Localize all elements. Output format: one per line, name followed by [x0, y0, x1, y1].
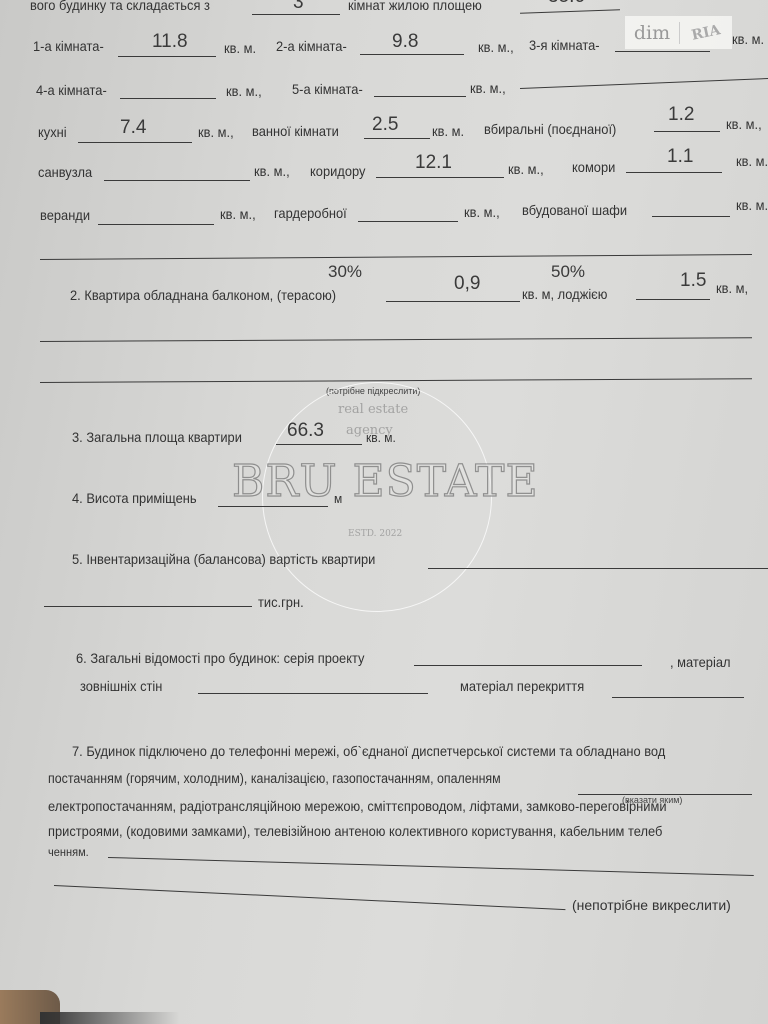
living-area-label: кімнат жилою площею	[348, 0, 482, 13]
kitchen-label: кухні	[38, 124, 67, 140]
watermark-established: ESTD. 2022	[348, 529, 402, 539]
watermark-tagline-top: real estate	[338, 402, 408, 417]
document-page: вого будинку та складається з 3 кімнат ж…	[0, 0, 768, 1024]
room4-label: 4-а кімната-	[36, 82, 107, 98]
total-area-value: 66.3	[287, 420, 324, 442]
storage-unit: кв. м.	[736, 153, 768, 169]
section7-line3: електропостачанням, радіотрансляційною м…	[48, 798, 667, 814]
wc-label: санвузла	[38, 164, 92, 180]
builtin-line	[652, 216, 730, 217]
wc-unit: кв. м.,	[254, 163, 290, 179]
storage-line	[626, 172, 722, 173]
room4-unit: кв. м.,	[226, 83, 262, 99]
wc-line	[104, 180, 250, 181]
room5-unit: кв. м.,	[470, 80, 506, 96]
section4-label: 4. Висота приміщень	[72, 490, 197, 506]
toilet-value: 1.2	[668, 104, 694, 126]
room1-unit: кв. м.	[224, 40, 256, 56]
corridor-unit: кв. м.,	[508, 161, 544, 177]
section7-line-b	[54, 885, 565, 910]
room2-label: 2-а кімната-	[276, 38, 347, 54]
toilet-unit: кв. м.,	[726, 116, 762, 132]
toilet-label: вбиральні (поєднаної)	[484, 121, 616, 137]
living-area-line	[520, 9, 620, 13]
bottom-shadow	[40, 1012, 180, 1024]
section7-line5: ченням.	[48, 845, 89, 859]
balcony-value: 0,9	[454, 273, 480, 295]
balcony-coefficient: 30%	[328, 262, 362, 282]
value-line	[428, 568, 768, 569]
floors-label: матеріал перекриття	[460, 678, 584, 694]
height-line	[218, 506, 328, 507]
room3-line	[615, 51, 710, 52]
section7-note: (непотрібне викреслити)	[572, 897, 731, 913]
room5-label: 5-а кімната-	[292, 81, 363, 97]
section6-label: 6. Загальні відомості про будинок: серія…	[76, 650, 364, 666]
dim-ria-logo: dim RIA	[625, 16, 732, 49]
room2-line	[360, 54, 464, 55]
wardrobe-line	[358, 221, 458, 222]
corridor-value: 12.1	[415, 152, 452, 174]
room3-label: 3-я кімната-	[529, 37, 600, 53]
room2-unit: кв. м.,	[478, 39, 514, 55]
section3-label: 3. Загальна площа квартири	[72, 429, 242, 445]
storage-label: комори	[572, 159, 615, 175]
material-label: , матеріал	[670, 654, 731, 670]
room2-value: 9.8	[392, 31, 418, 53]
total-area-unit: кв. м.	[366, 430, 396, 445]
section7-line2: постачанням (горячим, холодним), каналіз…	[48, 771, 501, 786]
veranda-unit: кв. м.,	[220, 206, 256, 222]
separator-line	[40, 254, 752, 260]
kitchen-unit: кв. м.,	[198, 124, 234, 140]
floors-line	[612, 697, 744, 698]
section7-line-a	[108, 857, 754, 876]
rooms-count-line	[252, 14, 340, 15]
walls-label: зовнішніх стін	[80, 678, 162, 694]
bathroom-value: 2.5	[372, 114, 398, 136]
builtin-unit: кв. м.	[736, 197, 768, 213]
section5-unit: тис.грн.	[258, 594, 304, 610]
kitchen-line	[78, 142, 192, 143]
section7-line4: пристроями, (кодовими замками), телевізі…	[48, 823, 662, 839]
loggia-value: 1.5	[680, 270, 706, 292]
veranda-line	[98, 224, 214, 225]
section2-line-2	[40, 378, 752, 383]
section2-line-1	[40, 337, 752, 342]
corridor-label: коридору	[310, 163, 365, 179]
room5-line	[374, 96, 466, 97]
section2-label: 2. Квартира обладнана балконом, (терасою…	[70, 287, 336, 303]
loggia-line	[636, 299, 710, 300]
section7-line1: 7. Будинок підключено до телефонні мереж…	[72, 743, 665, 759]
room1-line	[118, 56, 216, 57]
room1-label: 1-а кімната-	[33, 38, 104, 54]
room5-extra-line	[520, 78, 768, 89]
veranda-label: веранди	[40, 207, 90, 223]
walls-line	[198, 693, 428, 694]
wardrobe-label: гардеробної	[274, 205, 347, 221]
room4-line	[120, 98, 216, 99]
builtin-label: вбудованої шафи	[522, 202, 627, 218]
living-area-value: 35.6	[548, 0, 585, 8]
section5-label: 5. Інвентаризаційна (балансова) вартість…	[72, 551, 375, 567]
loggia-coefficient: 50%	[551, 262, 585, 282]
storage-value: 1.1	[667, 146, 693, 168]
loggia-unit: кв. м,	[716, 280, 748, 296]
kitchen-value: 7.4	[120, 117, 146, 139]
intro-text: вого будинку та складається з	[30, 0, 210, 13]
balcony-line	[386, 301, 520, 302]
room1-value: 11.8	[152, 31, 188, 53]
bathroom-label: ванної кімнати	[252, 123, 339, 139]
logo-ria-text: RIA	[679, 19, 733, 45]
balcony-unit: кв. м, лоджією	[522, 286, 607, 302]
corridor-line	[376, 177, 504, 178]
logo-dim-text: dim	[625, 22, 680, 44]
total-area-line	[276, 444, 362, 445]
wardrobe-unit: кв. м.,	[464, 204, 500, 220]
project-series-line	[414, 665, 642, 666]
toilet-line	[654, 131, 720, 132]
bathroom-line	[364, 138, 430, 139]
value-line-2	[44, 606, 252, 607]
height-unit: м	[334, 491, 342, 506]
watermark-brand: BRU ESTATE	[232, 456, 539, 507]
bathroom-unit: кв. м.	[432, 123, 464, 139]
rooms-count-value: 3	[293, 0, 304, 14]
room3-unit: кв. м.	[732, 31, 764, 47]
